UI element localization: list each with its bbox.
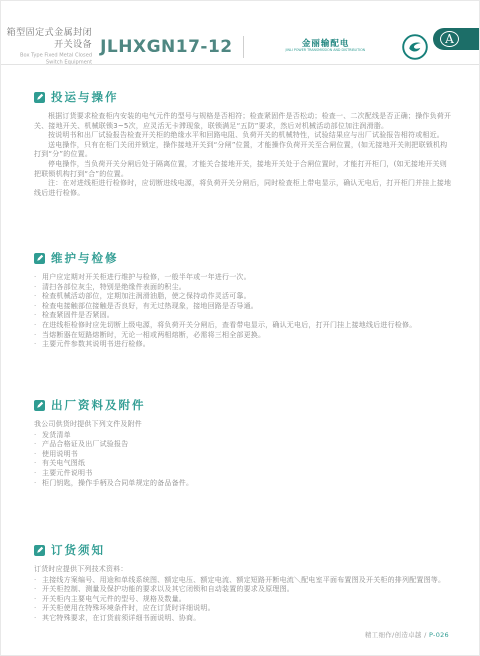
- list-item: ·在进线柜检修时应先切断上级电源，将负荷开关分闸后，查看带电显示，确认无电后，打…: [34, 321, 452, 331]
- bullet-dot: ·: [34, 469, 42, 479]
- bullet-text: 清扫各部位灰尘，特别是绝缘件表面的积尘。: [42, 283, 452, 293]
- paragraph: 停电操作，当负荷开关分闸后处于隔离位置，才能关合接地开关，接地开关处于合闸位置时…: [34, 160, 452, 179]
- paragraph: 按说明书和出厂试验报告检查开关柜的绝缘水平和回路电阻、负荷开关的机械特性，试验结…: [34, 131, 452, 141]
- bullet-text: 主接线方案编号、用途和单线系统图、额定电压、额定电流、额定短路开断电流＼配电室平…: [42, 576, 452, 586]
- document-page: 箱型固定式金属封闭开关设备 Box Type Fixed Metal Close…: [0, 0, 480, 656]
- bullet-dot: ·: [34, 604, 42, 614]
- list-item: ·用户应定期对开关柜进行维护与检修，一般半年或一年进行一次。: [34, 273, 452, 283]
- paragraph: 根据订货要求检查柜内安装的电气元件的型号与规格是否相符；检查紧固件是否松动；检查…: [34, 112, 452, 131]
- bullet-dot: ·: [34, 302, 42, 312]
- grade-a-letter: A: [440, 31, 459, 47]
- page-footer: 精工细作/创造卓越 / P-026: [365, 630, 449, 639]
- section-marker-icon: [34, 92, 45, 103]
- section-maintenance: 维护与检修 ·用户应定期对开关柜进行维护与检修，一般半年或一年进行一次。 ·清扫…: [34, 250, 452, 350]
- list-item: ·主要元件说明书: [34, 469, 452, 479]
- bullet-text: 检查紧固件是否紧固。: [42, 311, 452, 321]
- bullet-text: 主要元件说明书: [42, 469, 452, 479]
- section-ordering-body: 订货时应提供下列技术资料： ·主接线方案编号、用途和单线系统图、额定电压、额定电…: [34, 565, 452, 624]
- section-ordering-title: 订货须知: [51, 542, 105, 558]
- bullet-text: 有关电气图纸: [42, 459, 452, 469]
- bullet-dot: ·: [34, 283, 42, 293]
- bullet-dot: ·: [34, 340, 42, 350]
- bullet-dot: ·: [34, 273, 42, 283]
- list-item: ·检查紧固件是否紧固。: [34, 311, 452, 321]
- list-item: ·开关柜控制、测量及保护功能的要求以及其它闭锁和自动装置的要求及原理图。: [34, 585, 452, 595]
- section-ordering-intro: 订货时应提供下列技术资料：: [34, 565, 452, 575]
- bullet-dot: ·: [34, 614, 42, 624]
- list-item: ·使用说明书: [34, 450, 452, 460]
- list-item: ·柜门钥匙，操作手柄及合同单规定的备品备件。: [34, 479, 452, 489]
- list-item: ·主接线方案编号、用途和单线系统图、额定电压、额定电流、额定短路开断电流＼配电室…: [34, 576, 452, 586]
- section-marker-icon: [34, 253, 45, 264]
- section-documents-body: 我公司供货时提供下列文件及附件 ·发货清单 ·产品合格证及出厂试验报告 ·使用说…: [34, 420, 452, 488]
- header-divider: [243, 36, 244, 58]
- page-header: 箱型固定式金属封闭开关设备 Box Type Fixed Metal Close…: [1, 1, 479, 65]
- bullet-dot: ·: [34, 459, 42, 469]
- bullet-dot: ·: [34, 321, 42, 331]
- footer-slogan: 精工细作/创造卓越 /: [365, 631, 429, 639]
- logo-text-block: 金丽输配电 JINLI POWER TRANSMISSION AND DISTR…: [253, 39, 398, 55]
- section-documents-header: 出厂资料及附件: [34, 397, 452, 413]
- section-maintenance-body: ·用户应定期对开关柜进行维护与检修，一般半年或一年进行一次。 ·清扫各部位灰尘，…: [34, 273, 452, 350]
- bullet-dot: ·: [34, 431, 42, 441]
- section-maintenance-header: 维护与检修: [34, 250, 452, 266]
- bullet-text: 在进线柜检修时应先切断上级电源，将负荷开关分闸后，查看带电显示，确认无电后，打开…: [42, 321, 452, 331]
- list-item: ·当熔断器在短路熔断时，无论一相或两相熔断，必需将三相全部更换。: [34, 331, 452, 341]
- bullet-text: 用户应定期对开关柜进行维护与检修，一般半年或一年进行一次。: [42, 273, 452, 283]
- bullet-text: 开关柜控制、测量及保护功能的要求以及其它闭锁和自动装置的要求及原理图。: [42, 585, 452, 595]
- section-ordering-header: 订货须知: [34, 542, 452, 558]
- product-title-en: Box Type Fixed Metal Closed Switch Equip…: [15, 52, 92, 66]
- bullet-text: 产品合格证及出厂试验报告: [42, 440, 452, 450]
- company-logo: 金丽输配电 JINLI POWER TRANSMISSION AND DISTR…: [253, 33, 429, 61]
- list-item: ·主要元件参数其说明书进行检修。: [34, 340, 452, 350]
- bullet-text: 开关柜使用在特殊环境条件时，应在订货时详细说明。: [42, 604, 452, 614]
- list-item: ·有关电气图纸: [34, 459, 452, 469]
- section-marker-icon: [34, 400, 45, 411]
- bullet-dot: ·: [34, 311, 42, 321]
- section-marker-icon: [34, 545, 45, 556]
- section-maintenance-title: 维护与检修: [51, 250, 119, 266]
- list-item: ·产品合格证及出厂试验报告: [34, 440, 452, 450]
- product-title-zh: 箱型固定式金属封闭开关设备: [1, 27, 92, 51]
- bullet-text: 主要元件参数其说明书进行检修。: [42, 340, 452, 350]
- bullet-text: 当熔断器在短路熔断时，无论一相或两相熔断，必需将三相全部更换。: [42, 331, 452, 341]
- bullet-text: 发货清单: [42, 431, 452, 441]
- bullet-dot: ·: [34, 440, 42, 450]
- bullet-dot: ·: [34, 450, 42, 460]
- header-row: 箱型固定式金属封闭开关设备 Box Type Fixed Metal Close…: [1, 27, 429, 67]
- bullet-text: 检查机械活动部位，定期加注润滑油脂，使之保持动作灵活可靠。: [42, 292, 452, 302]
- section-operation-header: 投运与操作: [34, 89, 452, 105]
- section-documents-intro: 我公司供货时提供下列文件及附件: [34, 420, 452, 430]
- grade-a-badge: A: [433, 28, 479, 50]
- page-number: P-026: [429, 631, 449, 639]
- logo-swirl-icon: [401, 33, 429, 61]
- list-item: ·清扫各部位灰尘，特别是绝缘件表面的积尘。: [34, 283, 452, 293]
- model-number: JLHXGN17-12: [100, 37, 233, 57]
- bullet-text: 开关柜内主要电气元件的型号、规格及数量。: [42, 595, 452, 605]
- bullet-text: 其它特殊要求，在订货前须详细书面说明、协商。: [42, 614, 452, 624]
- bullet-text: 柜门钥匙，操作手柄及合同单规定的备品备件。: [42, 479, 452, 489]
- product-title-block: 箱型固定式金属封闭开关设备 Box Type Fixed Metal Close…: [1, 27, 92, 67]
- logo-name-en: JINLI POWER TRANSMISSION AND DISTRIBUTIO…: [286, 49, 366, 52]
- section-operation-body: 根据订货要求检查柜内安装的电气元件的型号与规格是否相符；检查紧固件是否松动；检查…: [34, 112, 452, 198]
- section-documents: 出厂资料及附件 我公司供货时提供下列文件及附件 ·发货清单 ·产品合格证及出厂试…: [34, 397, 452, 488]
- paragraph: 送电操作，只有在柜门关闭并锁定，操作接地开关到“分闸”位置，才能操作负荷开关至合…: [34, 141, 452, 160]
- list-item: ·检查电接触部位接触是否良好，有无过热现象，接地回路是否导通。: [34, 302, 452, 312]
- list-item: ·开关柜使用在特殊环境条件时，应在订货时详细说明。: [34, 604, 452, 614]
- list-item: ·发货清单: [34, 431, 452, 441]
- list-item: ·开关柜内主要电气元件的型号、规格及数量。: [34, 595, 452, 605]
- bullet-dot: ·: [34, 479, 42, 489]
- section-operation-title: 投运与操作: [51, 89, 119, 105]
- section-ordering: 订货须知 订货时应提供下列技术资料： ·主接线方案编号、用途和单线系统图、额定电…: [34, 542, 452, 624]
- paragraph: 注：在对进线柜进行检修时，应切断进线电源，将负荷开关分闸后，同时检查柜上带电显示…: [34, 179, 452, 198]
- list-item: ·检查机械活动部位，定期加注润滑油脂，使之保持动作灵活可靠。: [34, 292, 452, 302]
- section-operation: 投运与操作 根据订货要求检查柜内安装的电气元件的型号与规格是否相符；检查紧固件是…: [34, 89, 452, 198]
- bullet-dot: ·: [34, 331, 42, 341]
- section-documents-title: 出厂资料及附件: [51, 397, 146, 413]
- bullet-text: 使用说明书: [42, 450, 452, 460]
- bullet-dot: ·: [34, 585, 42, 595]
- bullet-dot: ·: [34, 595, 42, 605]
- bullet-text: 检查电接触部位接触是否良好，有无过热现象，接地回路是否导通。: [42, 302, 452, 312]
- bullet-dot: ·: [34, 292, 42, 302]
- bullet-dot: ·: [34, 576, 42, 586]
- list-item: ·其它特殊要求，在订货前须详细书面说明、协商。: [34, 614, 452, 624]
